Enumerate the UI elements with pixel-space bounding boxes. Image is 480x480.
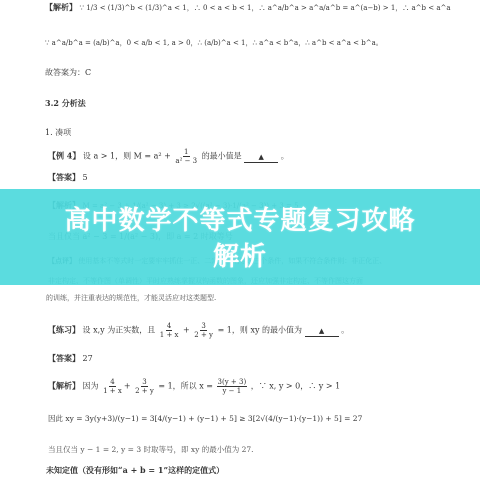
subsection-title: 1. 凑项 [45,128,71,138]
answer-blank: ▲ [244,152,278,163]
fraction-denominator: 1 + x [102,387,123,395]
answer-line-c: 故答案为：C [45,68,91,78]
next-heading: 未知定值（没有形如“a + b = 1”这样的定值式） [46,465,224,475]
punctuation: 。 [281,152,289,161]
example-4-suffix: 的最小值是 [202,152,242,161]
practice-analysis-text-2: = 1，所以 x = [158,382,213,391]
example-4-label: 【例 4】 [48,151,80,161]
practice-analysis-text-3: ，∵ x, y > 0，∴ y > 1 [251,382,340,391]
analysis-fraction-1: 4 1 + x [102,378,123,395]
fraction-denominator: 2 + y [193,331,214,339]
fraction-denominator: 2 + y [134,387,155,395]
practice-text: 设 x,y 为正实数，且 [83,326,156,335]
analysis-label: 【解析】 [45,2,77,12]
practice-answer-value: 27 [83,354,93,363]
fraction-denominator: y − 1 [221,387,242,395]
banner-title-line2: 解析 [0,236,480,273]
fraction-denominator: 1 + x [159,331,180,339]
fraction-numerator: 4 [166,322,172,331]
punctuation: 。 [341,326,349,335]
fraction-numerator: 3 [200,322,206,331]
fraction-numerator: 3(y + 3) [217,378,248,387]
practice-equation-tail: = 1，则 xy 的最小值为 [218,326,302,335]
fraction-numerator: 3 [141,378,147,387]
practice-fraction-1: 4 1 + x [159,322,180,339]
practice-answer-label: 【答案】 [48,353,80,363]
practice-label: 【练习】 [48,325,80,335]
practice-question: 【练习】 设 x,y 为正实数，且 4 1 + x + 3 2 + y = 1，… [48,322,349,339]
section-title: 3.2 分析法 [45,98,86,108]
top-analysis-formula2: ∵ a^a/b^a = (a/b)^a，0 < a/b < 1, a > 0，∴… [45,39,383,47]
fraction-numerator: 1 [183,148,189,157]
answer-4-label: 【答案】 [48,172,80,182]
practice-analysis-line2: 因此 xy = 3y(y+3)/(y−1) = 3[4/(y−1) + (y−1… [48,414,362,424]
example-4: 【例 4】 设 a > 1，则 M = a² + 1 a² − 3 的最小值是 … [48,148,289,165]
practice-analysis-line1: 【解析】 因为 4 1 + x + 3 2 + y = 1，所以 x = 3(y… [48,378,340,395]
practice-analysis-label: 【解析】 [48,381,80,391]
top-analysis-line1: 【解析】 ∵ 1/3 < (1/3)^b < (1/3)^a < 1，∴ 0 <… [45,2,451,13]
top-analysis-formula1: ∵ 1/3 < (1/3)^b < (1/3)^a < 1，∴ 0 < a < … [80,4,451,12]
plus-sign: + [183,326,190,335]
analysis-fraction-3: 3(y + 3) y − 1 [217,378,248,395]
analysis-fraction-2: 3 2 + y [134,378,155,395]
practice-analysis-text: 因为 [83,382,99,391]
fraction-numerator: 4 [109,378,115,387]
example-4-fraction: 1 a² − 3 [174,148,198,165]
practice-answer: 【答案】 27 [48,353,93,364]
practice-fraction-2: 3 2 + y [193,322,214,339]
example-4-text: 设 a > 1，则 M = a² + [83,152,173,161]
practice-analysis-line3: 当且仅当 y − 1 = 2, y = 3 时取等号，即 xy 的最小值为 27… [48,445,254,455]
top-analysis-line2: ∵ a^a/b^a = (a/b)^a，0 < a/b < 1, a > 0，∴… [45,38,383,48]
answer-blank: ▲ [305,326,339,337]
banner-title-line1: 高中数学不等式专题复习攻略 [0,200,480,237]
fraction-denominator: a² − 3 [174,157,198,165]
answer-4-value: 5 [83,173,88,182]
answer-4: 【答案】 5 [48,172,88,183]
comment-line3: 的训练，并注重表达的规范性，才能灵活应对这类题型. [46,293,216,303]
